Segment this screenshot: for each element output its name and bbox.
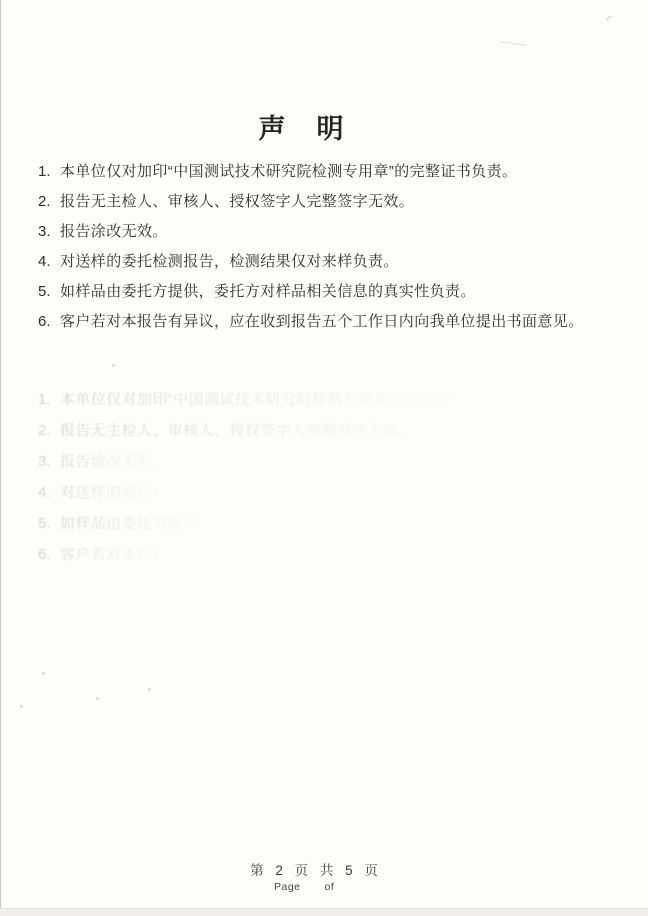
scanned-declaration-page: 声 明 1. 本单位仅对加印“中国测试技术研究院检测专用章”的完整证书负责。 2… bbox=[0, 0, 648, 916]
scan-speck bbox=[501, 29, 527, 45]
bleed-number: 1. bbox=[38, 392, 60, 408]
statement-text: 本单位仅对加印“中国测试技术研究院检测专用章”的完整证书负责。 bbox=[60, 164, 622, 180]
statement-number: 1. bbox=[38, 164, 60, 180]
statement-number: 3. bbox=[38, 224, 60, 240]
scan-speck bbox=[42, 672, 45, 675]
page-indicator-english: Pageof bbox=[274, 881, 334, 893]
statement-item: 4. 对送样的委托检测报告，检测结果仅对来样负责。 bbox=[38, 254, 622, 270]
bleed-through-text: 1. 本单位仅对加印“中国测试技术研究院检测专用章”的完整证书负责。 2. 报告… bbox=[38, 392, 622, 578]
bleed-number: 3. bbox=[38, 454, 60, 470]
page-indicator: 第 2 页 共 5 页 bbox=[0, 859, 632, 879]
statement-number: 4. bbox=[38, 254, 60, 270]
statement-number: 5. bbox=[38, 284, 60, 300]
page-of-label: of bbox=[325, 881, 335, 893]
bleed-number: 4. bbox=[38, 485, 60, 501]
bleed-through-line: 6. 客户若对本报告有异议，应在收到报告五个工作日内向我单位提出书面意见。 bbox=[38, 547, 168, 563]
statement-text: 对送样的委托检测报告，检测结果仅对来样负责。 bbox=[60, 254, 622, 270]
bleed-through-line: 5. 如样品由委托方提供，委托方对样品相关信息的真实性负责。 bbox=[38, 516, 214, 532]
statement-item: 2. 报告无主检人、审核人、授权签字人完整签字无效。 bbox=[38, 194, 622, 210]
scan-speck bbox=[112, 364, 115, 367]
scan-speck bbox=[96, 697, 99, 700]
statement-list: 1. 本单位仅对加印“中国测试技术研究院检测专用章”的完整证书负责。 2. 报告… bbox=[38, 164, 622, 344]
bleed-number: 5. bbox=[38, 516, 60, 532]
scan-speck bbox=[20, 705, 23, 708]
statement-number: 2. bbox=[38, 194, 60, 210]
bleed-text: 本单位仅对加印“中国测试技术研究院检测专用章”的完整证书负责。 bbox=[60, 392, 470, 408]
bleed-text: 报告无主检人、审核人、授权签字人完整签字无效。 bbox=[60, 423, 504, 439]
page-title: 声 明 bbox=[0, 107, 604, 146]
statement-item: 5. 如样品由委托方提供，委托方对样品相关信息的真实性负责。 bbox=[38, 284, 622, 300]
bleed-through-line: 2. 报告无主检人、审核人、授权签字人完整签字无效。 bbox=[38, 423, 504, 439]
bleed-text: 客户若对本报告有异议，应在收到报告五个工作日内向我单位提出书面意见。 bbox=[60, 547, 168, 563]
bleed-text: 对送样的委托检测报告，检测结果仅对来样负责。 bbox=[60, 485, 164, 501]
bleed-text: 如样品由委托方提供，委托方对样品相关信息的真实性负责。 bbox=[60, 516, 214, 532]
statement-number: 6. bbox=[38, 314, 60, 330]
page-label: Page bbox=[274, 881, 301, 893]
statement-item: 6. 客户若对本报告有异议，应在收到报告五个工作日内向我单位提出书面意见。 bbox=[38, 314, 622, 330]
statement-text: 如样品由委托方提供，委托方对样品相关信息的真实性负责。 bbox=[60, 284, 622, 300]
bleed-text: 报告涂改无效。 bbox=[60, 454, 174, 470]
statement-text: 报告涂改无效。 bbox=[60, 224, 622, 240]
statement-item: 1. 本单位仅对加印“中国测试技术研究院检测专用章”的完整证书负责。 bbox=[38, 164, 622, 180]
bleed-through-line: 4. 对送样的委托检测报告，检测结果仅对来样负责。 bbox=[38, 485, 164, 501]
bleed-through-line: 3. 报告涂改无效。 bbox=[38, 454, 174, 470]
scan-bottom-band bbox=[0, 908, 648, 916]
bleed-number: 2. bbox=[38, 423, 60, 439]
statement-text: 报告无主检人、审核人、授权签字人完整签字无效。 bbox=[60, 194, 622, 210]
scan-speck bbox=[605, 14, 619, 28]
statement-text: 客户若对本报告有异议，应在收到报告五个工作日内向我单位提出书面意见。 bbox=[60, 314, 622, 330]
scan-speck bbox=[148, 688, 151, 691]
statement-item: 3. 报告涂改无效。 bbox=[38, 224, 622, 240]
bleed-through-line: 1. 本单位仅对加印“中国测试技术研究院检测专用章”的完整证书负责。 bbox=[38, 392, 470, 408]
bleed-number: 6. bbox=[38, 547, 60, 563]
